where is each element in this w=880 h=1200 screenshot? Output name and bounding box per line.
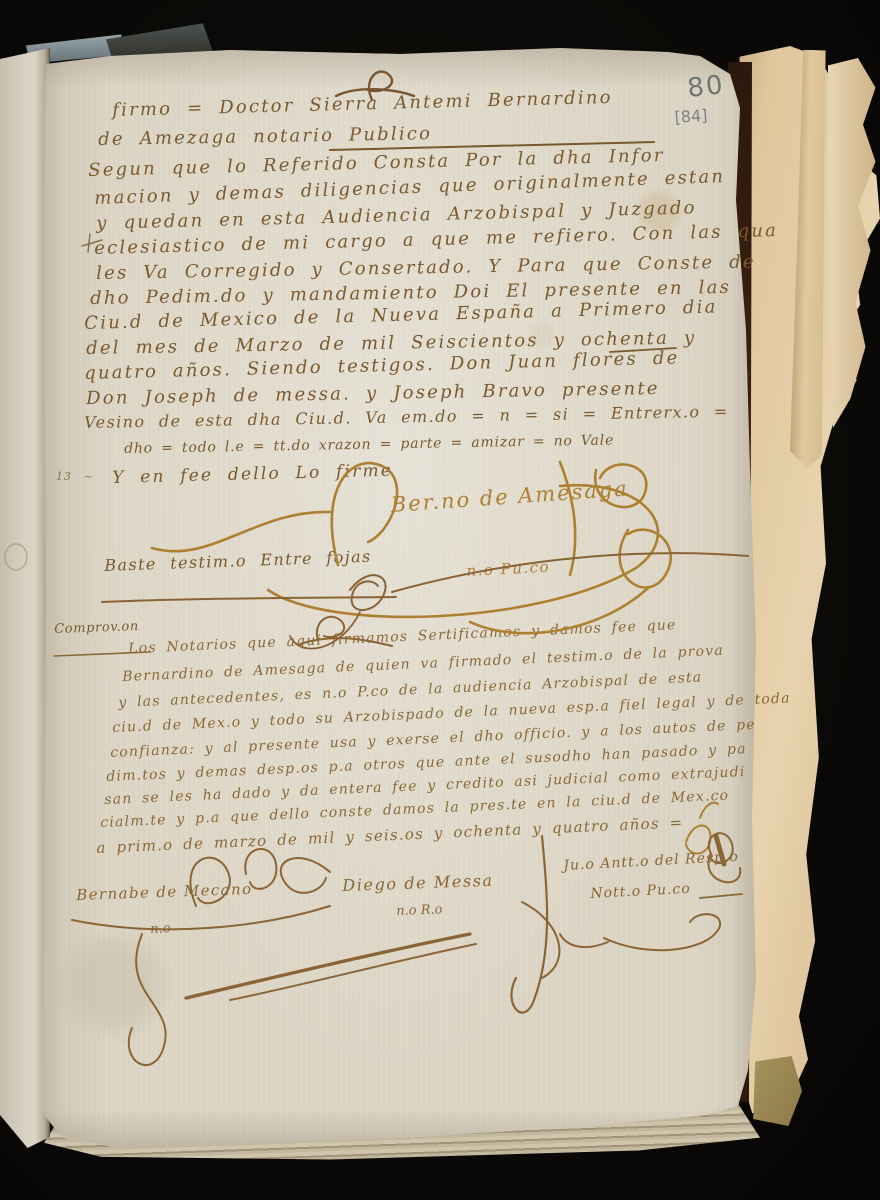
torn-paper-fragment [828,58,878,428]
folio-number-pencil: 80 [686,70,726,104]
margin-note-comprobacion: Comprov.on [54,619,139,637]
gutter-page-edge [0,48,50,1148]
folio-alt-number-pencil: [84] [674,106,708,127]
witness-signature-title: n.o [150,921,171,937]
margin-check-mark: 13 ~ [56,470,94,483]
manuscript-photo: 80 [84] 13 ~ Comprov.on firmo = Doctor S… [0,0,880,1200]
corner-fragment [750,1056,802,1126]
witness-signature-title: n.o R.o [396,902,443,919]
